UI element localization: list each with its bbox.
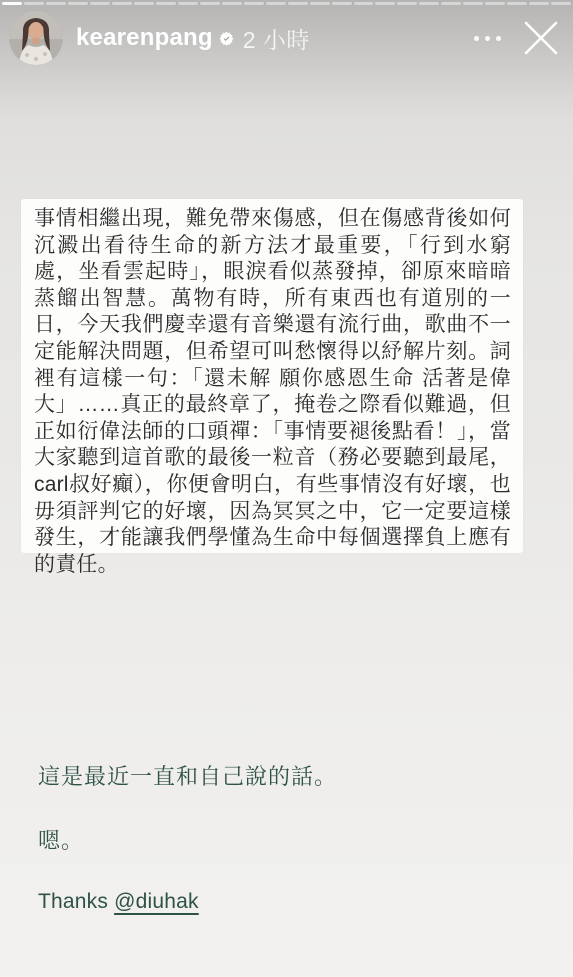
more-dot-icon <box>496 36 501 41</box>
verified-badge-icon <box>219 31 234 46</box>
progress-segment <box>485 2 505 5</box>
progress-segment <box>90 2 110 5</box>
progress-segment <box>529 2 549 5</box>
progress-segment <box>441 2 461 5</box>
more-options-button[interactable] <box>468 26 507 51</box>
mention-link[interactable]: @diuhak <box>114 890 199 913</box>
progress-segment <box>68 2 88 5</box>
close-button[interactable] <box>519 16 563 60</box>
story-progress-bar <box>2 2 571 5</box>
thanks-line: Thanks @diuhak <box>38 890 199 914</box>
progress-segment <box>222 2 242 5</box>
thanks-text: Thanks <box>38 890 114 913</box>
progress-segment <box>24 2 44 5</box>
progress-segment <box>332 2 352 5</box>
caption-line-1: 這是最近一直和自己說的話。 <box>38 760 337 791</box>
story-text-card: 事情相繼出現，難免帶來傷感，但在傷感背後如何沉澱出看待生命的新方法才最重要，「行… <box>21 199 523 553</box>
progress-segment <box>2 2 22 5</box>
username[interactable]: kearenpang <box>76 24 213 52</box>
progress-segment <box>288 2 308 5</box>
caption-line-2: 嗯。 <box>38 824 84 855</box>
story-paragraph: 事情相繼出現，難免帶來傷感，但在傷感背後如何沉澱出看待生命的新方法才最重要，「行… <box>34 206 511 578</box>
close-icon <box>523 20 559 56</box>
progress-segment <box>551 2 571 5</box>
progress-segment <box>156 2 176 5</box>
progress-segment <box>134 2 154 5</box>
story-timestamp: 2 小時 <box>243 22 310 55</box>
avatar[interactable] <box>9 11 63 65</box>
progress-segment <box>375 2 395 5</box>
progress-segment <box>200 2 220 5</box>
progress-segment <box>419 2 439 5</box>
more-dot-icon <box>485 36 490 41</box>
progress-segment <box>266 2 286 5</box>
avatar-image <box>9 11 63 65</box>
progress-segment <box>46 2 66 5</box>
progress-segment <box>463 2 483 5</box>
story-header: kearenpang 2 小時 <box>9 10 563 66</box>
progress-segment <box>354 2 374 5</box>
story-viewport: kearenpang 2 小時 事情相繼出現，難免帶來傷感，但在傷感背後如何沉澱… <box>0 0 573 977</box>
progress-segment <box>178 2 198 5</box>
progress-segment <box>507 2 527 5</box>
progress-segment <box>397 2 417 5</box>
progress-segment <box>310 2 330 5</box>
more-dot-icon <box>474 36 479 41</box>
progress-segment <box>244 2 264 5</box>
progress-segment <box>112 2 132 5</box>
